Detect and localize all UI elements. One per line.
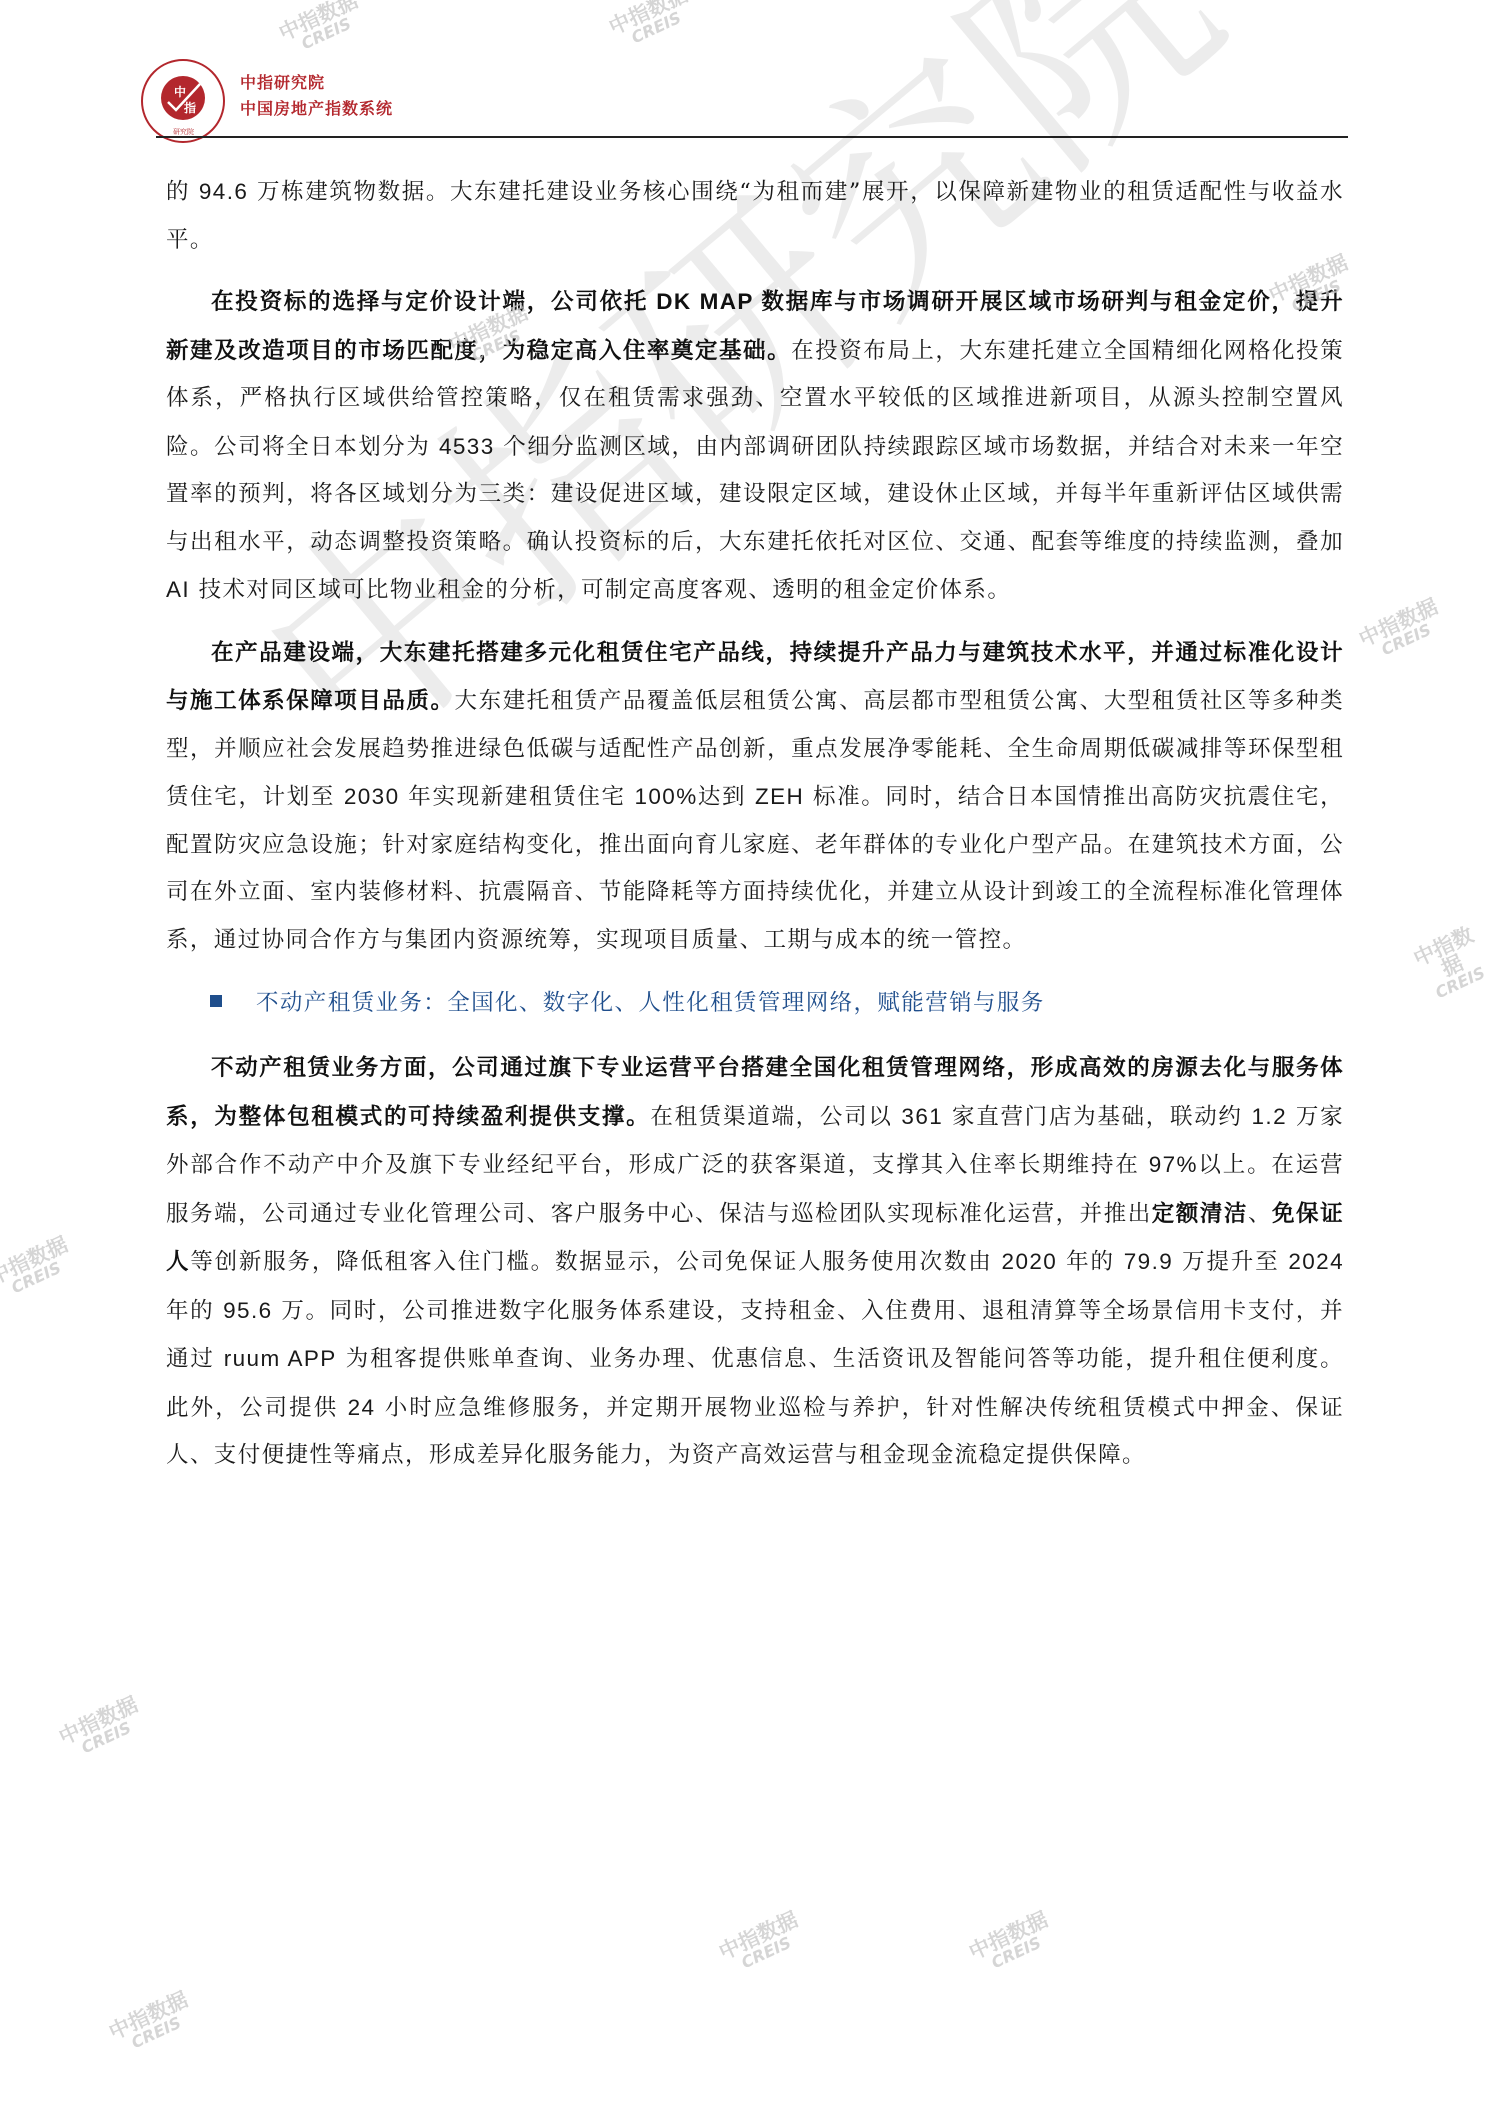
text-run: 万栋建筑物数据。大东建托建设业务核心围绕“为租而建”展开，以保障新建物业的租赁适… [166, 179, 1344, 253]
text-run: 的 [166, 179, 199, 205]
bold-text: 在投资标的选择与定价设计端，公司依托 [211, 289, 656, 314]
watermark: 中指数据CREIS [0, 1234, 78, 1303]
numeric-text: 24 [348, 1395, 376, 1420]
text-run: 等创新服务，降低租客入住门槛。数据显示，公司免保证人服务使用次数由 [190, 1249, 1001, 1275]
numeric-text: 2030 [344, 784, 400, 809]
paragraph-product: 在产品建设端，大东建托搭建多元化租赁住宅产品线，持续提升产品力与建筑技术水平，并… [166, 629, 1344, 965]
numeric-text: 2024 [1288, 1249, 1344, 1274]
document-body: 的 94.6 万栋建筑物数据。大东建托建设业务核心围绕“为租而建”展开，以保障新… [166, 168, 1344, 1494]
numeric-text: 97% [1149, 1152, 1198, 1177]
bold-text: DK MAP [656, 289, 753, 314]
paragraph-leasing: 不动产租赁业务方面，公司通过旗下专业运营平台搭建全国化租赁管理网络，形成高效的房… [166, 1044, 1344, 1480]
china-index-academy-logo: 中 指 研究院 [140, 58, 226, 144]
text-run: 、 [1248, 1201, 1272, 1227]
paragraph-continued: 的 94.6 万栋建筑物数据。大东建托建设业务核心围绕“为租而建”展开，以保障新… [166, 168, 1344, 264]
numeric-text: 95.6 [223, 1298, 272, 1323]
brand-block: 中指研究院 中国房地产指数系统 [240, 70, 393, 122]
numeric-text: 94.6 [199, 179, 248, 204]
svg-text:研究院: 研究院 [173, 127, 194, 136]
text-run: 技术对同区域可比物业租金的分析，可制定高度客观、透明的租金定价体系。 [190, 577, 1011, 603]
bold-text: 定额清洁 [1152, 1201, 1248, 1226]
section-heading: 不动产租赁业务：全国化、数字化、人性化租赁管理网络，赋能营销与服务 [210, 978, 1344, 1024]
text-run: 年实现新建租赁住宅 [400, 784, 635, 810]
header-divider [156, 136, 1348, 138]
org-system: 中国房地产指数系统 [240, 96, 393, 122]
numeric-text: 100% [634, 784, 697, 809]
text-run: 在租赁渠道端，公司以 [650, 1104, 901, 1130]
svg-text:指: 指 [183, 100, 196, 115]
numeric-text: 361 [901, 1104, 943, 1129]
text-run: 万提升至 [1173, 1249, 1288, 1275]
numeric-text: ruum APP [224, 1346, 337, 1371]
watermark: 中指数据CREIS [106, 1989, 198, 2058]
text-run: 达到 [698, 784, 755, 810]
watermark: 中指数据CREIS [966, 1909, 1058, 1978]
watermark: 中指数据CREIS [1356, 596, 1448, 665]
watermark: 中指数据CREIS [56, 1694, 148, 1763]
numeric-text: 2020 [1002, 1249, 1058, 1274]
numeric-text: 4533 [439, 434, 495, 459]
text-run: 年的 [1057, 1249, 1124, 1275]
section-heading-text: 不动产租赁业务：全国化、数字化、人性化租赁管理网络，赋能营销与服务 [256, 985, 1045, 1017]
numeric-text: 79.9 [1124, 1249, 1173, 1274]
svg-text:中: 中 [174, 84, 186, 99]
text-run: 家直营门店为基础，联动约 [943, 1104, 1251, 1130]
numeric-text: ZEH [755, 784, 804, 809]
numeric-text: 1.2 [1252, 1104, 1287, 1129]
square-bullet-icon [210, 995, 222, 1007]
text-run: 年的 [166, 1298, 223, 1324]
paragraph-investment: 在投资标的选择与定价设计端，公司依托 DK MAP 数据库与市场调研开展区域市场… [166, 278, 1344, 615]
org-name: 中指研究院 [240, 70, 393, 96]
page-header: 中 指 研究院 中指研究院 中国房地产指数系统 [0, 0, 1488, 140]
watermark: 中指数据CREIS [716, 1909, 808, 1978]
numeric-text: AI [166, 577, 190, 602]
watermark: 中指数据CREIS [1406, 922, 1488, 1005]
